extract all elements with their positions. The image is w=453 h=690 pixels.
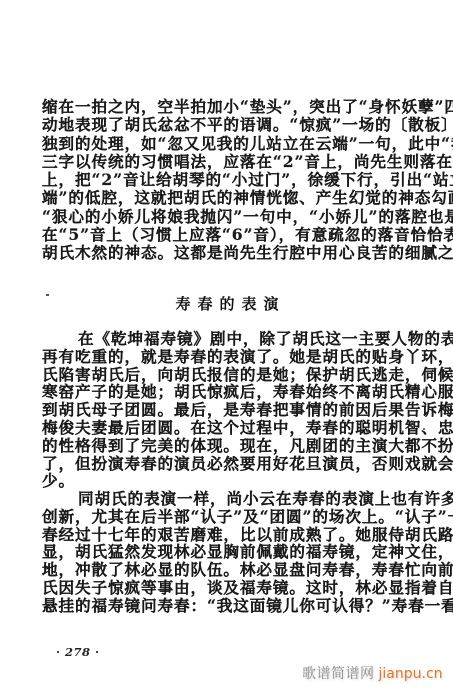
text-line: 端”的低腔，这就把胡氏的神情恍惚、产生幻觉的神态勾画出来； <box>42 189 400 207</box>
text-line: 悬挂的福寿镜问寿春：“我这面镜儿你可认得？”寿春一看，果然 <box>42 597 400 615</box>
text-line: 梅俊夫妻最后团圆。在这个过程中，寿春的聪明机智、忠实善良 <box>42 419 400 437</box>
paragraph: 在《乾坤福寿镜》剧中，除了胡氏这一主要人物的表演吃重外， 再有吃重的，就是寿春的… <box>42 330 400 490</box>
text-line: 春经过十七年的艰苦磨难，比以前成熟了。她服侍胡氏路遇林必 <box>42 526 400 544</box>
text-line: 创新，尤其在后半部“认子”及“团圆”的场次上。“认子”一场，寿 <box>42 508 400 526</box>
text-line: 独到的处理，如“忽又见我的儿站立在云端”一句，此中“我的儿” <box>42 135 400 153</box>
text-line: 氏因失子惊疯等事由，谈及福寿镜。这时，林必显指着自己胸前 <box>42 579 400 597</box>
paragraph: 同胡氏的表演一样，尚小云在寿春的表演上也有许多独到的 创新，尤其在后半部“认子”… <box>42 490 400 615</box>
section-heading: 寿春的表演 <box>0 293 453 314</box>
text-line: 缩在一拍之内，空半拍加小“垫头”，突出了“身怀妖孽”四字，生 <box>42 98 400 116</box>
page-number: · 278 · <box>56 645 100 659</box>
watermark-domain: jianpu.cn <box>379 666 443 682</box>
text-line: 胡氏木然的神态。这都是尚先生行腔中用心良苦的细腻之处。 <box>42 244 400 262</box>
text-line: 氏陷害胡氏后，向胡氏报信的是她；保护胡氏逃走，伺候胡氏在 <box>42 366 400 384</box>
text-line: 了，但扮演寿春的演员必然要用好花旦演员，否则戏就会减色不 <box>42 455 400 473</box>
text-line: 三字以传统的习惯唱法，应落在“2”音上，尚先生则落在“3”音 <box>42 153 400 171</box>
text-line: 上，把“2”音让给胡琴的“小过门”，徐缓下行，引出“站立在云 <box>42 171 400 189</box>
watermark-site-name: 歌谱简谱网 <box>302 666 375 682</box>
text-line: 在“5”音上（习惯上应落“6”音），有意疏忽的落音恰恰表现了 <box>42 226 400 244</box>
text-line: 再有吃重的，就是寿春的表演了。她是胡氏的贴身丫环，听到徐 <box>42 348 400 366</box>
scan-speck <box>423 428 425 430</box>
book-page: 缩在一拍之内，空半拍加小“垫头”，突出了“身怀妖孽”四字，生 动地表现了胡氏忿忿… <box>0 0 453 690</box>
text-line: 少。 <box>42 472 400 490</box>
text-line: 寒窑产子的是她；胡氏惊疯后，寿春始终不离胡氏精心服侍，直 <box>42 383 400 401</box>
text-line: “狠心的小娇儿将娘我抛闪”一句中，“小娇儿”的落腔也是破格落 <box>42 208 400 226</box>
paragraph-continuation: 缩在一拍之内，空半拍加小“垫头”，突出了“身怀妖孽”四字，生 动地表现了胡氏忿忿… <box>42 98 400 263</box>
text-line: 动地表现了胡氏忿忿不平的语调。“惊疯”一场的〔散板〕唱段也有 <box>42 116 400 134</box>
text-line: 地，冲散了林必显的队伍。林必显盘问寿春，寿春忙向前解释胡 <box>42 561 400 579</box>
text-line: 的性格得到了完美的体现。现在，凡剧团的主演大都不扮演寿春 <box>42 437 400 455</box>
text-line: 在《乾坤福寿镜》剧中，除了胡氏这一主要人物的表演吃重外， <box>42 330 400 348</box>
text-line: 同胡氏的表演一样，尚小云在寿春的表演上也有许多独到的 <box>42 490 400 508</box>
site-watermark: 歌谱简谱网jianpu.cn <box>302 663 443 683</box>
text-line: 到胡氏母子团圆。最后，是寿春把事情的前因后果告诉梅俊，使 <box>42 401 400 419</box>
text-line: 显，胡氏猛然发现林必显胸前佩戴的福寿镜，定神文住，昏倒在 <box>42 543 400 561</box>
